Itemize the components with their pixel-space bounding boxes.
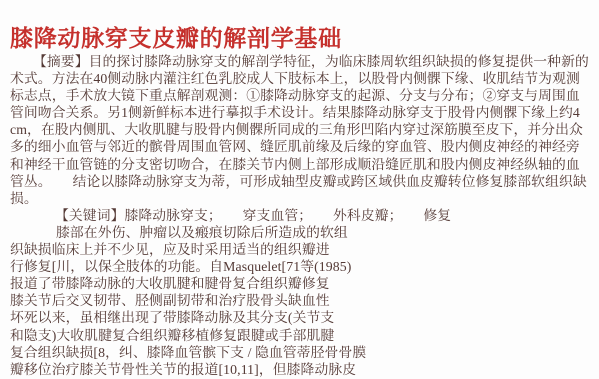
abstract-line: 术式。方法在40侧动脉内灌注红色乳胶成人下肢标本上，以股骨内侧髁下缘、收肌结节为… — [10, 70, 598, 87]
document-page: { "page": { "background": "#fdfdfd", "ti… — [0, 0, 599, 379]
page-title: 膝降动脉穿支皮瓣的解剖学基础 — [10, 20, 342, 53]
intro-line: 膝部在外伤、肿瘤以及瘢痕切除后所造成的软组 — [10, 224, 598, 241]
abstract-line: 【摘要】目的探讨膝降动脉穿支的解剖学特征，为临床膝周软组织缺损的修复提供一种新的 — [10, 53, 598, 70]
intro-line: 报道了带膝降动脉的大收肌腱和腱骨复合组织瓣修复 — [10, 275, 598, 292]
abstract-line: 标志点，手术放大镜下重点解剖观测：①膝降动脉穿支的起源、分支与分布；②穿支与周围… — [10, 87, 598, 104]
intro-line: 行修复[川，以保全肢体的功能。自Masquelet[71等(1985) — [10, 258, 598, 275]
abstract-line: 损。 — [10, 190, 598, 207]
abstract-line: cm，在股内侧肌、大收肌腱与股骨内侧髁所同成的三角形凹陷内穿过深筋膜至皮下，并分… — [10, 121, 598, 138]
intro-line: 瓣移位治疗膝关节骨性关节的报道[10,11]，但膝降动脉皮 — [10, 361, 598, 378]
article-text-column: 【摘要】目的探讨膝降动脉穿支的解剖学特征，为临床膝周软组织缺损的修复提供一种新的… — [10, 53, 598, 378]
intro-line: 织缺损临床上并不少见，应及时采用适当的组织瓣进 — [10, 241, 598, 258]
keywords-line: 【关键词】膝降动脉穿支； 穿支血管； 外科皮瓣； 修复 — [10, 207, 598, 224]
abstract-line: 多的细小血管与邻近的髌骨周围血管网、缝匠肌前缘及后缘的穿血管、股内侧皮神经的神经… — [10, 138, 598, 155]
intro-line: 膝关节后交叉韧带、胫侧副韧带和治疗股骨头缺血性 — [10, 292, 598, 309]
abstract-line: 和神经干血管链的分支密切吻合，在膝关节内侧上部形成顺沿缝匠肌和股内侧皮神经纵轴的… — [10, 156, 598, 173]
intro-line: 和隐支)大收肌腱复合组织瓣移植修复跟腱或手部肌腱 — [10, 327, 598, 344]
abstract-line: 管间吻合关系。另1侧新鲜标本进行摹拟手术设计。结果膝降动脉穿支于股骨内侧髁下缘上… — [10, 104, 598, 121]
intro-line: 复合组织缺损[8，纠、膝降血管髌下支 / 隐血管蒂胫骨骨膜 — [10, 344, 598, 361]
abstract-line: 管丛。 结论以膝降动脉穿支为蒂，可形成轴型皮瓣或跨区域供血皮瓣转位修复膝部软组织… — [10, 173, 598, 190]
intro-line: 坏死以来，虽相继出现了带膝降动脉及其分支(关节支 — [10, 309, 598, 326]
